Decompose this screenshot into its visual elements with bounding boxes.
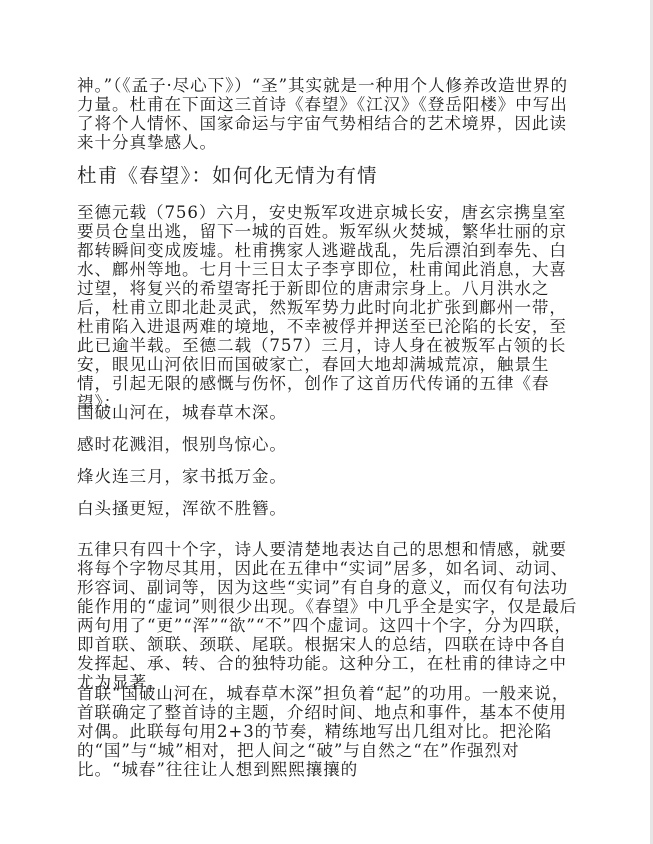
poem-line-4: 白头搔更短，浑欲不胜簪。 [77, 499, 579, 531]
paragraph-analysis: 五律只有四十个字，诗人要清楚地表达自己的思想和情感，就要将每个字物尽其用，因此在… [77, 540, 579, 684]
paragraph-background: 至德元载（756）六月，安史叛军攻进京城长安，唐玄宗携皇室要员仓皇出逃，留下一城… [77, 203, 579, 403]
poem-line-2: 感时花溅泪，恨别鸟惊心。 [77, 435, 579, 467]
poem-line-3: 烽火连三月，家书抵万金。 [77, 467, 579, 499]
poem-block: 国破山河在，城春草木深。 感时花溅泪，恨别鸟惊心。 烽火连三月，家书抵万金。 白… [77, 403, 579, 531]
document-content: 神。”（《孟子·尽心下》）“圣”其实就是一种用个人修养改造世界的力量。杜甫在下面… [77, 76, 579, 764]
document-page: 神。”（《孟子·尽心下》）“圣”其实就是一种用个人修养改造世界的力量。杜甫在下面… [0, 0, 650, 844]
intro-paragraph: 神。”（《孟子·尽心下》）“圣”其实就是一种用个人修养改造世界的力量。杜甫在下面… [77, 76, 579, 164]
section-heading: 杜甫《春望》：如何化无情为有情 [77, 164, 579, 203]
poem-line-1: 国破山河在，城春草木深。 [77, 403, 579, 435]
paragraph-first-couplet: 首联“国破山河在，城春草木深”担负着“起”的功用。一般来说，首联确定了整首诗的主… [77, 684, 579, 764]
